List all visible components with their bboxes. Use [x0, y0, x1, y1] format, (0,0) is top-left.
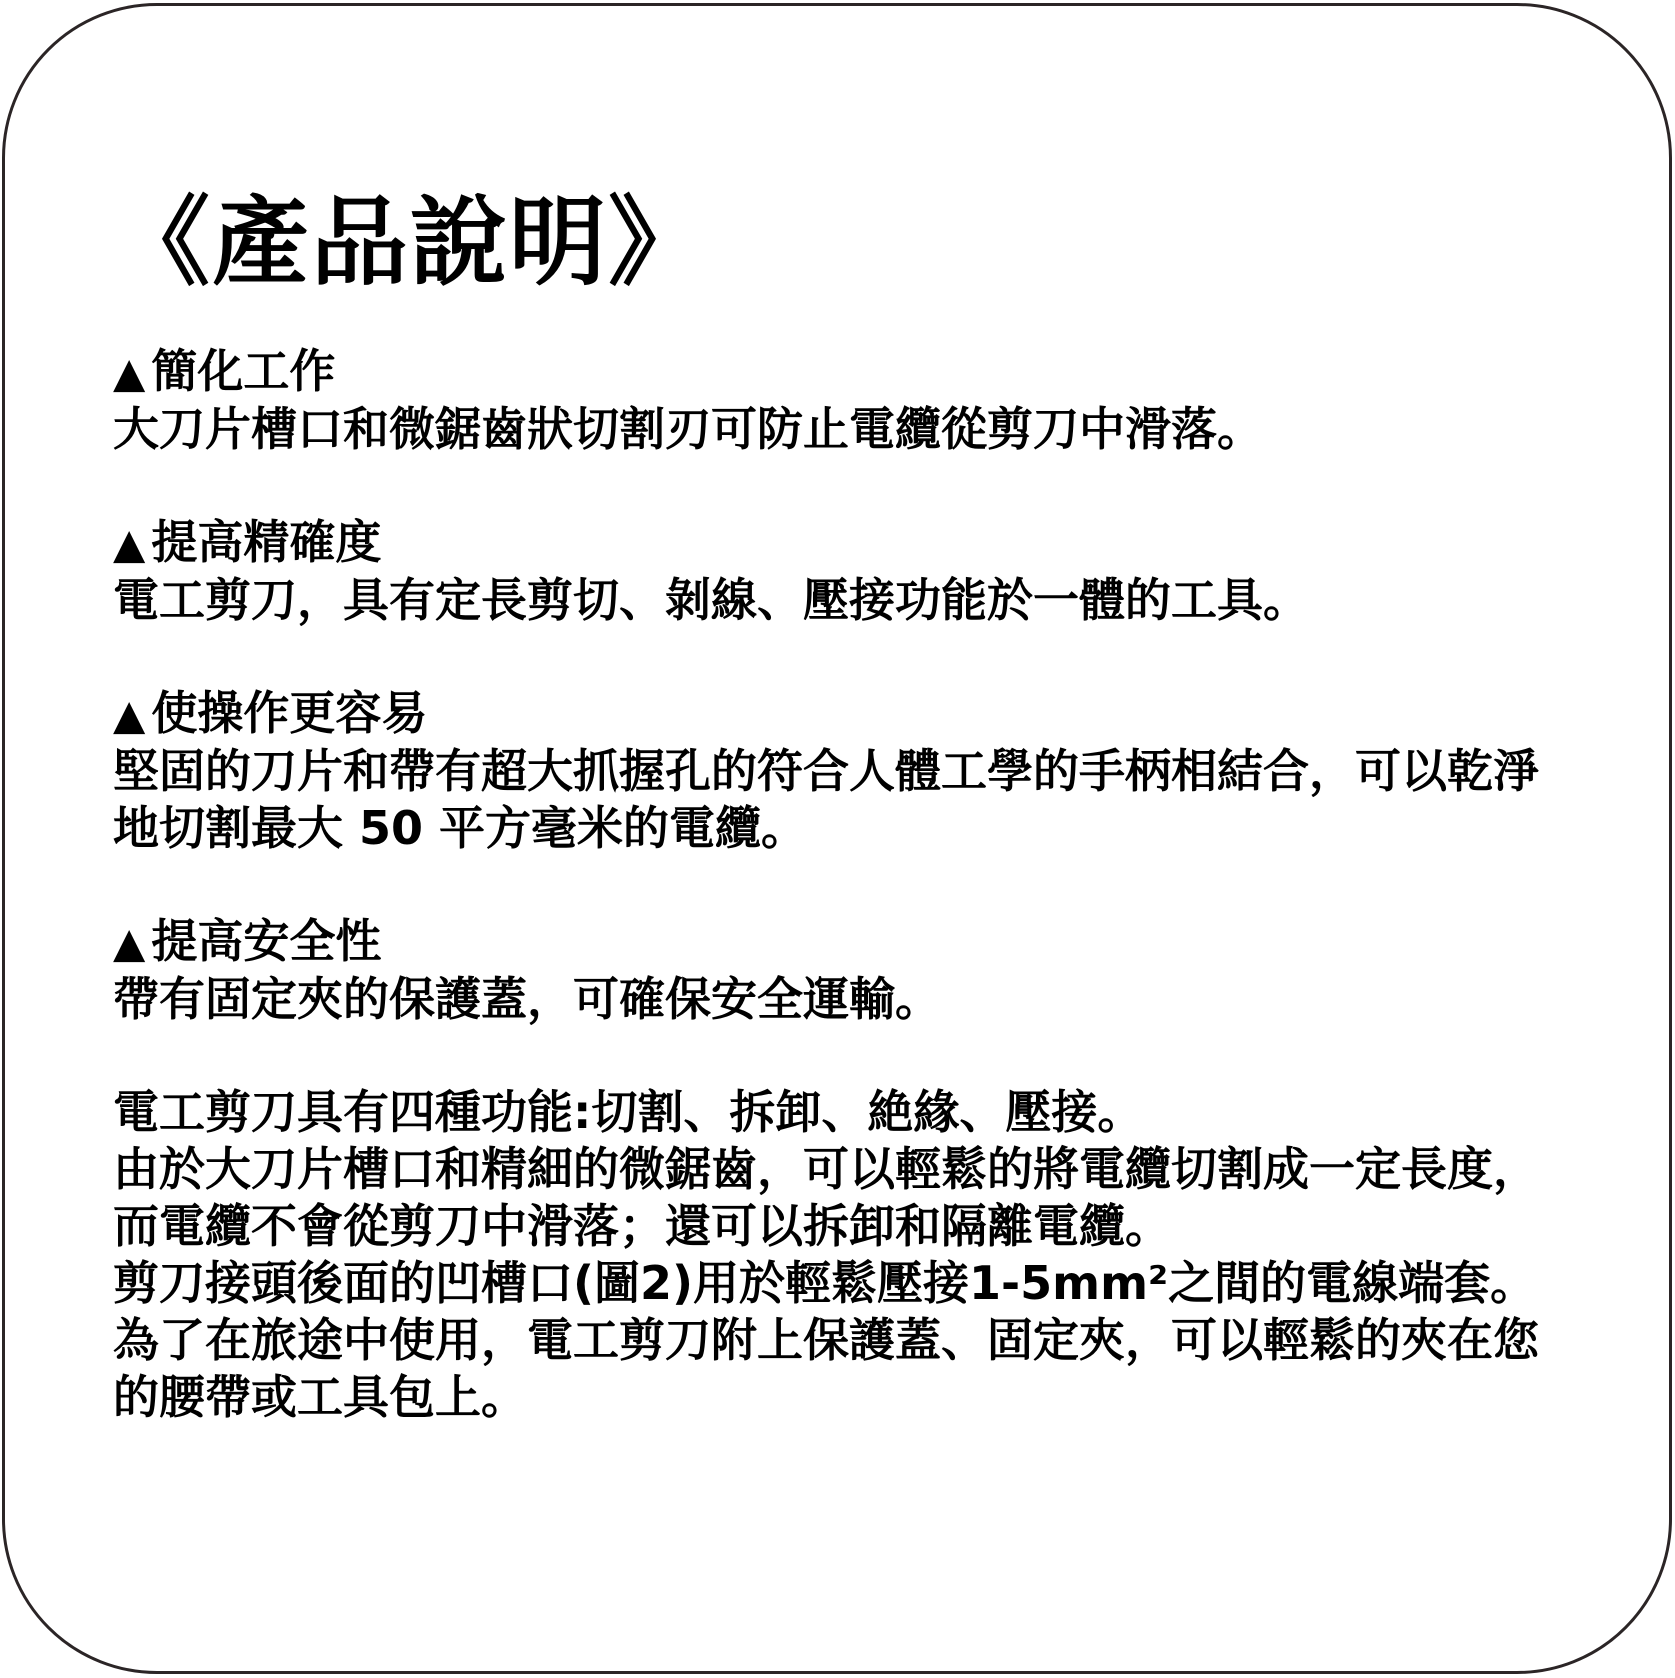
product-description-document: 《產品說明》 ▲簡化工作 大刀片槽口和微鋸齒狀切割刃可防止電纜從剪刀中滑落。 ▲… — [113, 190, 1590, 1426]
section-body-line: 堅固的刀片和帶有超大抓握孔的符合人體工學的手柄相結合，可以乾淨 — [113, 743, 1590, 800]
section-heading-label: 提高精確度 — [151, 515, 381, 569]
details-line: 為了在旅途中使用，電工剪刀附上保護蓋、固定夾，可以輕鬆的夾在您 — [113, 1312, 1590, 1369]
section-heading-label: 簡化工作 — [151, 344, 335, 398]
section-heading: ▲使操作更容易 — [113, 685, 1590, 743]
details-line: 的腰帶或工具包上。 — [113, 1369, 1590, 1426]
section-improve-safety: ▲提高安全性 帶有固定夾的保護蓋，可確保安全運輸。 — [113, 913, 1590, 1028]
details-line: 電工剪刀具有四種功能:切割、拆卸、絶緣、壓接。 — [113, 1084, 1590, 1141]
triangle-bullet-icon: ▲ — [113, 515, 145, 572]
triangle-bullet-icon: ▲ — [113, 344, 145, 401]
section-heading: ▲提高精確度 — [113, 514, 1590, 572]
section-body-line: 帶有固定夾的保護蓋，可確保安全運輸。 — [113, 971, 1590, 1028]
page-title: 《產品說明》 — [113, 190, 1590, 297]
section-heading-label: 使操作更容易 — [151, 686, 427, 740]
triangle-bullet-icon: ▲ — [113, 686, 145, 743]
triangle-bullet-icon: ▲ — [113, 914, 145, 971]
details-line: 由於大刀片槽口和精細的微鋸齒，可以輕鬆的將電纜切割成一定長度， — [113, 1141, 1590, 1198]
details-line: 剪刀接頭後面的凹槽口(圖2)用於輕鬆壓接1-5mm²之間的電線端套。 — [113, 1255, 1590, 1312]
details-line: 而電纜不會從剪刀中滑落；還可以拆卸和隔離電纜。 — [113, 1198, 1590, 1255]
section-body-line: 地切割最大 50 平方毫米的電纜。 — [113, 800, 1590, 857]
details-paragraph: 電工剪刀具有四種功能:切割、拆卸、絶緣、壓接。 由於大刀片槽口和精細的微鋸齒，可… — [113, 1084, 1590, 1426]
section-body-line: 大刀片槽口和微鋸齒狀切割刃可防止電纜從剪刀中滑落。 — [113, 401, 1590, 458]
section-heading-label: 提高安全性 — [151, 914, 381, 968]
section-body-line: 電工剪刀，具有定長剪切、剝線、壓接功能於一體的工具。 — [113, 572, 1590, 629]
section-easier-operation: ▲使操作更容易 堅固的刀片和帶有超大抓握孔的符合人體工學的手柄相結合，可以乾淨 … — [113, 685, 1590, 857]
section-heading: ▲簡化工作 — [113, 343, 1590, 401]
section-improve-accuracy: ▲提高精確度 電工剪刀，具有定長剪切、剝線、壓接功能於一體的工具。 — [113, 514, 1590, 629]
section-heading: ▲提高安全性 — [113, 913, 1590, 971]
section-simplify-work: ▲簡化工作 大刀片槽口和微鋸齒狀切割刃可防止電纜從剪刀中滑落。 — [113, 343, 1590, 458]
